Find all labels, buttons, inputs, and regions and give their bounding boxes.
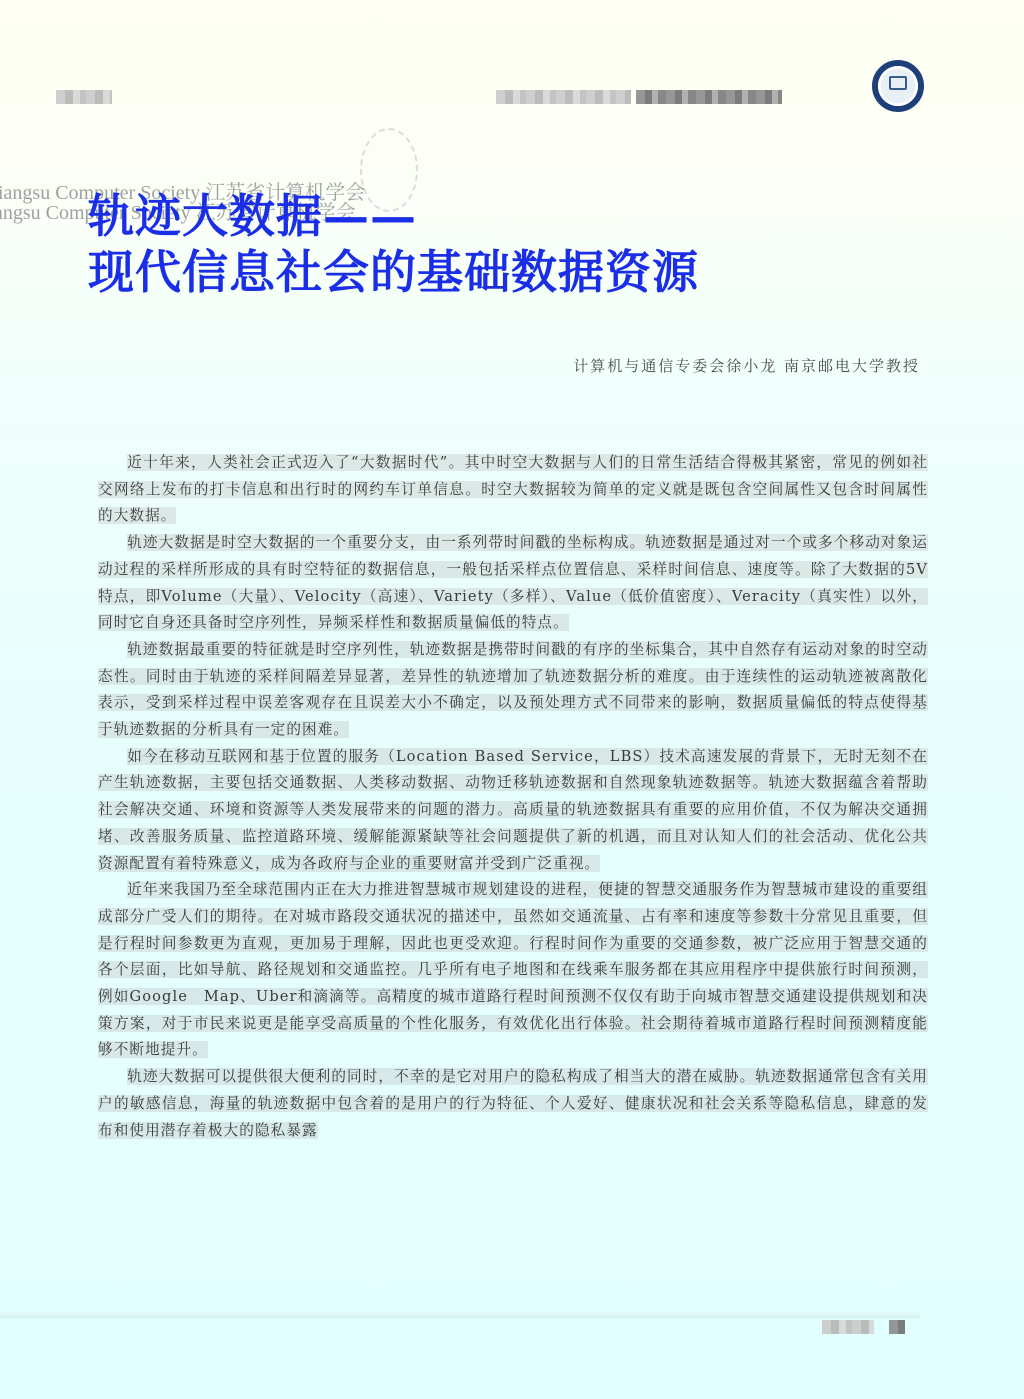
paragraph: 轨迹大数据是时空大数据的一个重要分支，由一系列带时间戳的坐标构成。轨迹数据是通过…	[98, 530, 928, 637]
footer-divider	[0, 1312, 920, 1318]
paragraph: 轨迹大数据可以提供很大便利的同时，不幸的是它对用户的隐私构成了相当大的潜在威胁。…	[98, 1064, 928, 1144]
monitor-glyph-icon	[889, 76, 907, 90]
paragraph: 如今在移动互联网和基于位置的服务（Location Based Service，…	[98, 744, 928, 878]
article-body: 近十年来，人类社会正式迈入了“大数据时代”。其中时空大数据与人们的日常生活结合得…	[98, 450, 928, 1144]
header-left-label-obscured	[56, 90, 112, 104]
paragraph: 轨迹数据最重要的特征就是时空序列性，轨迹数据是携带时间戳的有序的坐标集合，其中自…	[98, 637, 928, 744]
article-author: 计算机与通信专委会徐小龙 南京邮电大学教授	[573, 355, 920, 376]
paragraph: 近年来我国乃至全球范围内正在大力推进智慧城市规划建设的进程，便捷的智慧交通服务作…	[98, 877, 928, 1064]
article-title: 轨迹大数据—— 现代信息社会的基础数据资源	[88, 188, 699, 300]
article-title-line1: 轨迹大数据——	[88, 188, 699, 244]
paragraph: 近十年来，人类社会正式迈入了“大数据时代”。其中时空大数据与人们的日常生活结合得…	[98, 450, 928, 530]
footer-page-label-obscured	[822, 1320, 874, 1334]
footer-page-number-obscured	[889, 1320, 905, 1334]
article-title-line2: 现代信息社会的基础数据资源	[88, 244, 699, 300]
header-society-name-en-obscured	[496, 90, 631, 104]
society-seal-logo-icon	[872, 60, 924, 112]
page-header	[0, 60, 1024, 130]
header-society-name-cn-obscured	[636, 90, 782, 104]
